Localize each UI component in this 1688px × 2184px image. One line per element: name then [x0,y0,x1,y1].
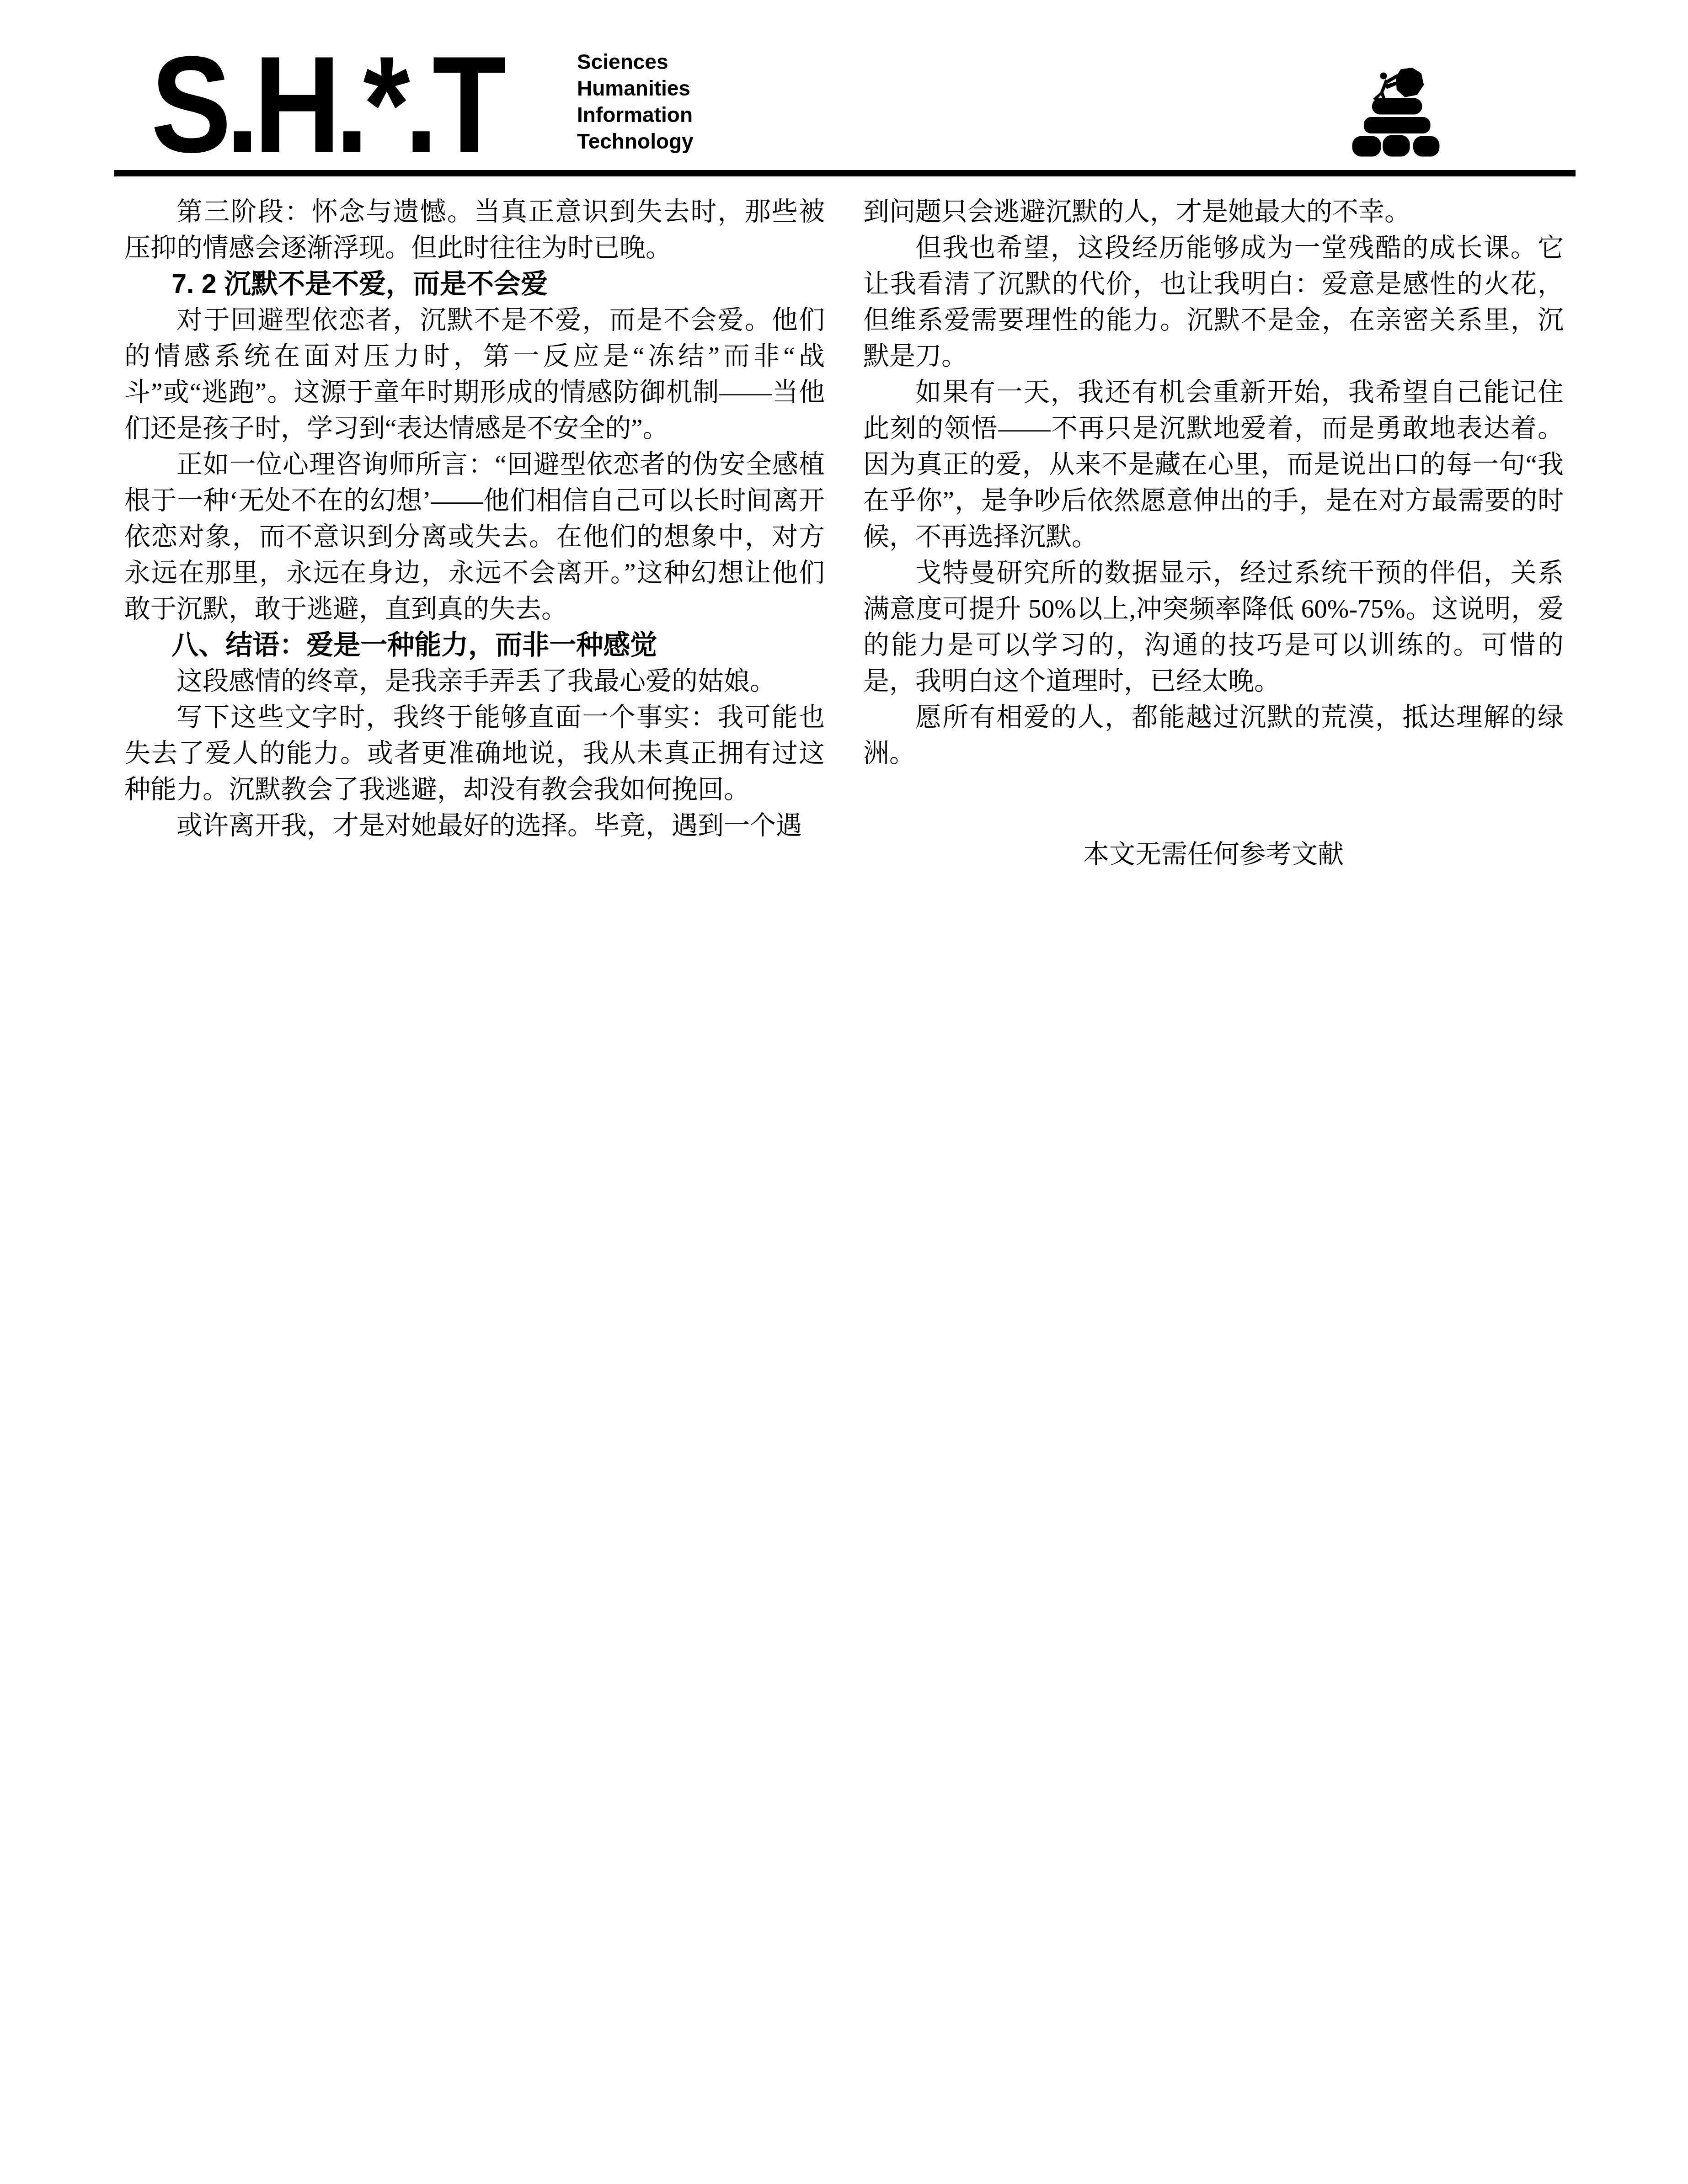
article-column-right: 到问题只会逃避沉默的人，才是她最大的不幸。但我也希望，这段经历能够成为一堂残酷的… [863,194,1564,873]
masthead-acronym: S.H.*.T [151,36,501,173]
masthead-words: Sciences Humanities Information Technolo… [577,48,694,154]
body-paragraph: 戈特曼研究所的数据显示，经过系统干预的伴侣，关系满意度可提升 50%以上,冲突频… [863,555,1564,699]
body-paragraph: 愿所有相爱的人，都能越过沉默的荒漠，抵达理解的绿洲。 [863,699,1564,772]
section-heading: 八、结语：爱是一种能力，而非一种感觉 [124,627,825,663]
body-paragraph: 但我也希望，这段经历能够成为一堂残酷的成长课。它让我看清了沉默的代价，也让我明白… [863,230,1564,374]
references-note: 本文无需任何参考文献 [863,836,1564,873]
article-column-left: 第三阶段：怀念与遗憾。当真正意识到失去时，那些被压抑的情感会逐渐浮现。但此时往往… [124,194,825,873]
body-paragraph: 到问题只会逃避沉默的人，才是她最大的不幸。 [863,194,1564,230]
sisyphus-poop-logo-icon [1346,68,1445,158]
masthead-word-humanities: Humanities [577,75,694,101]
body-paragraph: 第三阶段：怀念与遗憾。当真正意识到失去时，那些被压抑的情感会逐渐浮现。但此时往往… [124,194,825,266]
body-paragraph: 对于回避型依恋者，沉默不是不爱，而是不会爱。他们的情感系统在面对压力时，第一反应… [124,302,825,447]
masthead-word-information: Information [577,101,694,128]
paper-page: S.H.*.T Sciences Humanities Information … [0,0,1688,2184]
body-paragraph: 写下这些文字时，我终于能够直面一个事实：我可能也失去了爱人的能力。或者更准确地说… [124,699,825,808]
masthead-word-sciences: Sciences [577,48,694,75]
masthead-word-technology: Technology [577,128,694,154]
article-body: 第三阶段：怀念与遗憾。当真正意识到失去时，那些被压抑的情感会逐渐浮现。但此时往往… [124,194,1564,873]
body-paragraph: 如果有一天，我还有机会重新开始，我希望自己能记住此刻的领悟——不再只是沉默地爱着… [863,374,1564,555]
section-heading: 7. 2 沉默不是不爱，而是不会爱 [124,266,825,302]
body-paragraph: 或许离开我，才是对她最好的选择。毕竟，遇到一个遇 [124,808,825,844]
masthead-rule [114,170,1576,176]
body-paragraph: 这段感情的终章，是我亲手弄丢了我最心爱的姑娘。 [124,663,825,699]
body-paragraph: 正如一位心理咨询师所言：“回避型依恋者的伪安全感植根于一种‘无处不在的幻想’——… [124,447,825,627]
